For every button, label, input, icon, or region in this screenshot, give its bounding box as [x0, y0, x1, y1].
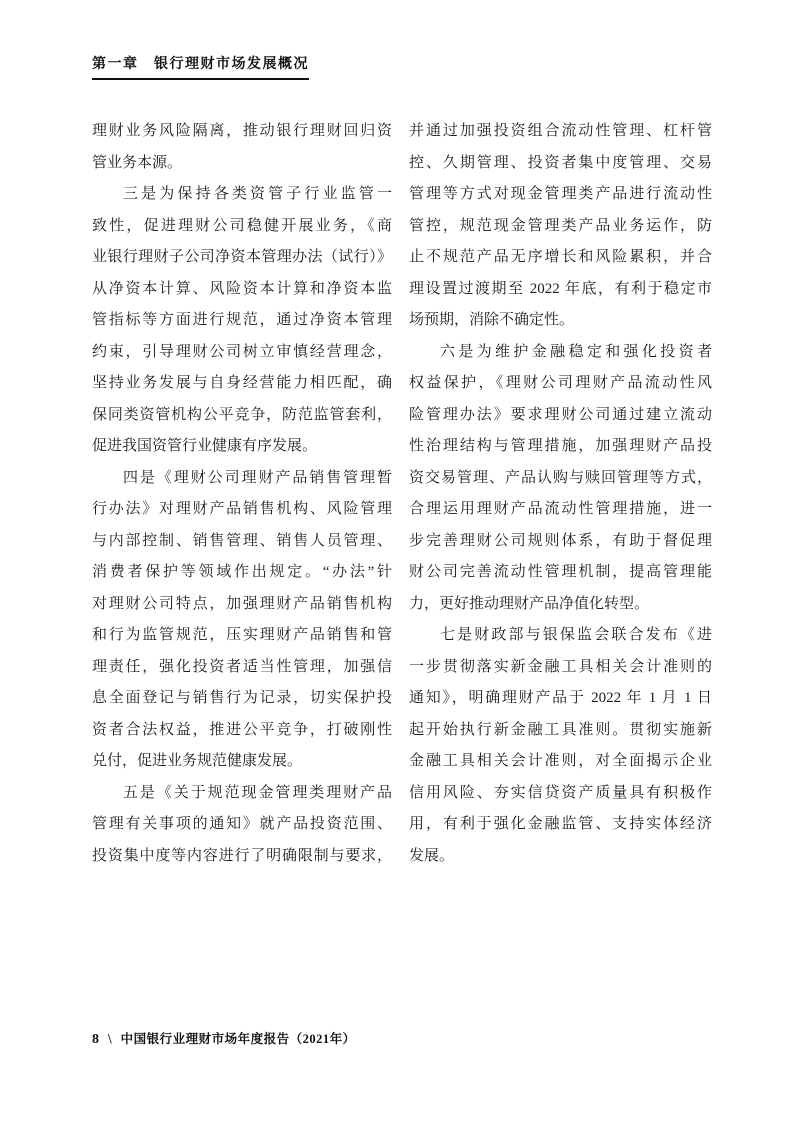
text-line: 权益保护，《理财公司理财产品流动性风 — [409, 368, 712, 400]
text-line: 力，更好推动理财产品净值化转型。 — [409, 589, 712, 621]
text-line: 促进我国资管行业健康有序发展。 — [92, 431, 392, 463]
text-line: 起开始执行新金融工具准则。贯彻实施新 — [409, 715, 712, 747]
text-line: 行办法》对理财产品销售机构、风险管理 — [92, 494, 392, 526]
report-title: 中国银行业理财市场年度报告（2021年） — [121, 1029, 356, 1047]
text-line: 六是为维护金融稳定和强化投资者 — [409, 337, 712, 369]
text-line: 险管理办法》要求理财公司通过建立流动 — [409, 400, 712, 432]
text-line: 资交易管理、产品认购与赎回管理等方式， — [409, 463, 712, 495]
text-line: 保同类资管机构公平竞争，防范监管套利， — [92, 400, 392, 432]
text-line: 息全面登记与销售行为记录，切实保护投 — [92, 683, 392, 715]
text-line: 管控，规范现金管理类产品业务运作，防 — [409, 211, 712, 243]
text-columns: 理财业务风险隔离，推动银行理财回归资管业务本源。三是为保持各类资管子行业监管一致… — [92, 116, 712, 872]
text-line: 理责任，强化投资者适当性管理，加强信 — [92, 652, 392, 684]
text-line: 坚持业务发展与自身经营能力相匹配，确 — [92, 368, 392, 400]
text-line: 通知》，明确理财产品于 2022 年 1 月 1 日 — [409, 683, 712, 715]
text-line: 财公司完善流动性管理机制，提高管理能 — [409, 557, 712, 589]
page-number: 8 — [92, 1032, 99, 1048]
column-left: 理财业务风险隔离，推动银行理财回归资管业务本源。三是为保持各类资管子行业监管一致… — [92, 116, 392, 872]
text-line: 四是《理财公司理财产品销售管理暂 — [92, 463, 392, 495]
text-line: 场预期，消除不确定性。 — [409, 305, 712, 337]
text-line: 约束，引导理财公司树立审慎经营理念， — [92, 337, 392, 369]
text-line: 三是为保持各类资管子行业监管一 — [92, 179, 392, 211]
text-line: 管理有关事项的通知》就产品投资范围、 — [92, 809, 392, 841]
footer-separator: \ — [108, 1030, 112, 1048]
text-line: 管业务本源。 — [92, 148, 392, 180]
text-line: 并通过加强投资组合流动性管理、杠杆管 — [409, 116, 712, 148]
page-footer: 8 \ 中国银行业理财市场年度报告（2021年） — [92, 1029, 356, 1048]
text-line: 兑付，促进业务规范健康发展。 — [92, 746, 392, 778]
text-line: 用，有利于强化金融监管、支持实体经济 — [409, 809, 712, 841]
text-line: 金融工具相关会计准则，对全面揭示企业 — [409, 746, 712, 778]
text-line: 和行为监管规范，压实理财产品销售和管 — [92, 620, 392, 652]
text-line: 资者合法权益，推进公平竞争，打破刚性 — [92, 715, 392, 747]
text-line: 止不规范产品无序增长和风险累积，并合 — [409, 242, 712, 274]
text-line: 理财业务风险隔离，推动银行理财回归资 — [92, 116, 392, 148]
text-line: 致性，促进理财公司稳健开展业务，《商 — [92, 211, 392, 243]
chapter-title: 第一章 银行理财市场发展概况 — [92, 53, 309, 80]
text-line: 五是《关于规范现金管理类理财产品 — [92, 778, 392, 810]
text-line: 消费者保护等领域作出规定。“办法”针 — [92, 557, 392, 589]
text-line: 性治理结构与管理措施，加强理财产品投 — [409, 431, 712, 463]
text-line: 投资集中度等内容进行了明确限制与要求， — [92, 841, 392, 873]
text-line: 从净资本计算、风险资本计算和净资本监 — [92, 274, 392, 306]
text-line: 七是财政部与银保监会联合发布《进 — [409, 620, 712, 652]
text-line: 与内部控制、销售管理、销售人员管理、 — [92, 526, 392, 558]
text-line: 管指标等方面进行规范，通过净资本管理 — [92, 305, 392, 337]
text-line: 步完善理财公司规则体系，有助于督促理 — [409, 526, 712, 558]
text-line: 一步贯彻落实新金融工具相关会计准则的 — [409, 652, 712, 684]
column-right: 并通过加强投资组合流动性管理、杠杆管控、久期管理、投资者集中度管理、交易管理等方… — [409, 116, 712, 872]
document-page: 第一章 银行理财市场发展概况 理财业务风险隔离，推动银行理财回归资管业务本源。三… — [0, 0, 793, 1122]
text-line: 管理等方式对现金管理类产品进行流动性 — [409, 179, 712, 211]
text-line: 理设置过渡期至 2022 年底，有利于稳定市 — [409, 274, 712, 306]
text-line: 合理运用理财产品流动性管理措施，进一 — [409, 494, 712, 526]
text-line: 对理财公司特点，加强理财产品销售机构 — [92, 589, 392, 621]
text-line: 控、久期管理、投资者集中度管理、交易 — [409, 148, 712, 180]
text-line: 业银行理财子公司净资本管理办法（试行）》 — [92, 242, 392, 274]
text-line: 信用风险、夯实信贷资产质量具有积极作 — [409, 778, 712, 810]
page-header: 第一章 银行理财市场发展概况 — [92, 53, 309, 80]
text-line: 发展。 — [409, 841, 712, 873]
